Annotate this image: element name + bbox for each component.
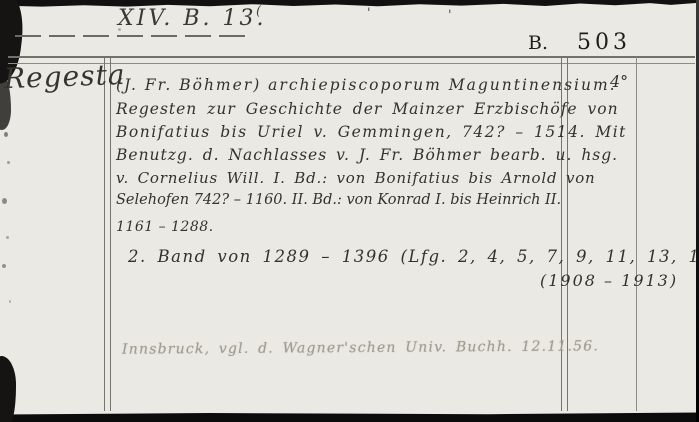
scan-speckle [2, 198, 7, 204]
addendum-years: (1908 – 1913) [540, 271, 678, 290]
stray-pen-mark: ' [448, 8, 452, 23]
scan-speckle [2, 264, 6, 268]
subject-label: Regesta [3, 58, 126, 95]
scan-speckle [9, 300, 11, 303]
margin-column-divider [636, 57, 637, 411]
pencil-note: Innsbruck, vgl. d. Wagner'schen Univ. Bu… [122, 338, 599, 357]
entry-line: v. Cornelius Will. I. Bd.: von Bonifatiu… [116, 169, 596, 187]
entry-line: Selehofen 742? – 1160. II. Bd.: von Konr… [116, 192, 561, 208]
scan-speckle [4, 132, 8, 137]
series-letter: B. [528, 32, 548, 54]
scan-speckle [7, 161, 10, 164]
shelfmark-underline [15, 35, 253, 37]
catalog-card: ( ' ' XIV. B. 13. B. 503 Regesta 4° (J. … [0, 0, 699, 422]
shelfmark-handwritten: XIV. B. 13. [118, 6, 267, 31]
entry-line: 1161 – 1288. [116, 219, 214, 235]
card-number: 503 [577, 30, 631, 55]
entry-line: Regesten zur Geschichte der Mainzer Erzb… [116, 100, 619, 118]
stray-pen-mark: ' [367, 6, 371, 21]
scan-bottom-edge [0, 412, 699, 422]
addendum-line: 2. Band von 1289 – 1396 (Lfg. 2, 4, 5, 7… [128, 247, 699, 266]
scan-top-edge [0, 0, 699, 7]
entry-line: Benutzg. d. Nachlasses v. J. Fr. Böhmer … [116, 146, 618, 164]
scan-blot-bottom-left [0, 356, 16, 422]
scan-speckle [6, 236, 9, 239]
entry-line: Bonifatius bis Uriel v. Gemmingen, 742? … [116, 123, 627, 141]
entry-line: (J. Fr. Böhmer) archiepiscoporum Magunti… [116, 76, 617, 94]
left-column-divider [104, 57, 111, 411]
